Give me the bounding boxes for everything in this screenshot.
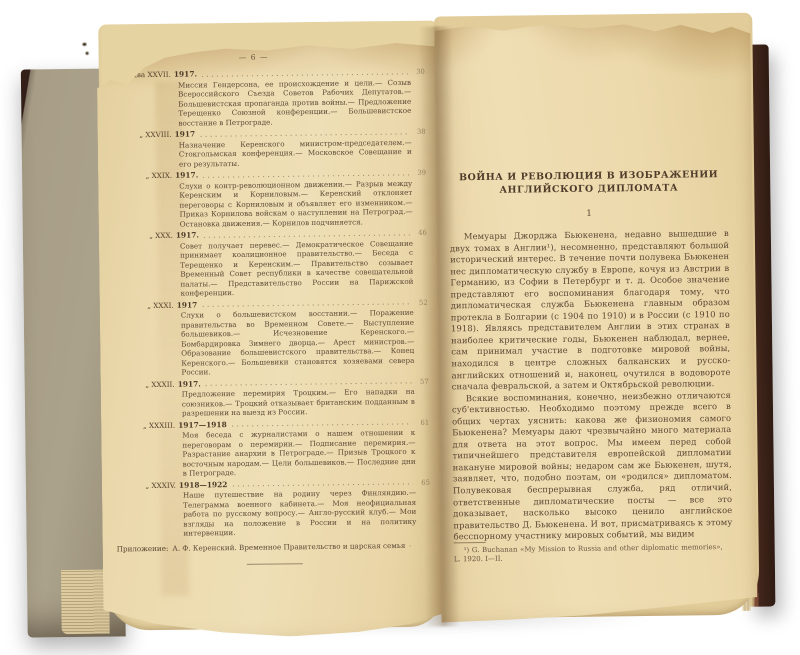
chapter-description: Назначение Керенского министром-председа… bbox=[179, 137, 412, 168]
toc-entry: „ XXX. 1917. 46 Совет получает перевес.—… bbox=[113, 228, 414, 299]
toc-appendix: Приложение: А. Ф. Керенский. Временное П… bbox=[117, 540, 417, 553]
chapter-year: 1917. bbox=[176, 230, 199, 240]
right-page: ВОЙНА И РЕВОЛЮЦИЯ В ИЗОБРАЖЕНИИ АНГЛИЙСК… bbox=[434, 19, 757, 623]
chapter-year: 1917. bbox=[174, 69, 197, 79]
chapter-page-number: 39 bbox=[412, 169, 426, 179]
chapter-year: 1917. bbox=[175, 170, 198, 180]
chapter-page-number: 38 bbox=[412, 128, 426, 138]
chapter-label: „ XXXII. bbox=[115, 379, 175, 389]
chapter-description: Миссия Гендерсона, ее происхождение и це… bbox=[178, 77, 412, 127]
chapter-page-number: 61 bbox=[415, 418, 429, 428]
chapter-year: 1917. bbox=[178, 379, 201, 389]
ink-spot bbox=[86, 52, 89, 55]
footnote: ¹) G. Buchanan «My Mission to Russia and… bbox=[454, 543, 723, 564]
chapter-label: „ XXVIII. bbox=[112, 130, 172, 140]
toc-entry: Глава XXVII. 1917. 30 Миссия Гендерсона,… bbox=[111, 67, 412, 129]
open-book: — 6 — Глава XXVII. 1917. 30 Миссия Генде… bbox=[14, 10, 784, 647]
chapter-description: Наше путешествие на родину через Финлянд… bbox=[183, 488, 417, 538]
toc-entry: „ XXXI. 1917 52 Слухи о большевистском в… bbox=[114, 297, 415, 378]
section-number: 1 bbox=[450, 207, 729, 220]
footnote-block: ¹) G. Buchanan «My Mission to Russia and… bbox=[454, 539, 723, 564]
toc-entry: „ XXIX. 1917. 39 Слухи о контр-революцио… bbox=[112, 168, 413, 230]
ink-spot bbox=[82, 43, 86, 46]
chapter-title: ВОЙНА И РЕВОЛЮЦИЯ В ИЗОБРАЖЕНИИ АНГЛИЙСК… bbox=[449, 169, 728, 197]
chapter-body: ВОЙНА И РЕВОЛЮЦИЯ В ИЗОБРАЖЕНИИ АНГЛИЙСК… bbox=[449, 169, 733, 543]
water-stain-top-left bbox=[434, 21, 542, 96]
photo-background: — 6 — Глава XXVII. 1917. 30 Миссия Генде… bbox=[0, 0, 800, 655]
chapter-description: Слухи о большевистском восстании.— Пораж… bbox=[181, 308, 415, 377]
chapter-label: „ XXXI. bbox=[114, 300, 174, 310]
appendix-label: Приложение: bbox=[117, 543, 169, 553]
toc-entry: „ XXXIV. 1918—1922 65 Наше путешествие н… bbox=[116, 477, 417, 539]
paragraph: Мемуары Джорджа Бьюкенена, недавно вышед… bbox=[450, 228, 731, 393]
chapter-page-number: 52 bbox=[414, 298, 428, 308]
toc-entry: „ XXXIII. 1917—1918 61 Моя беседа с журн… bbox=[115, 417, 416, 479]
chapter-label: „ XXXIII. bbox=[115, 420, 175, 430]
chapter-year: 1917 bbox=[175, 129, 196, 139]
toc-entry: „ XXXII. 1917. 57 Предложение перемирия … bbox=[115, 376, 415, 419]
chapter-page-number: 57 bbox=[415, 377, 429, 387]
toc-end-rule bbox=[247, 563, 303, 565]
dot-leader bbox=[407, 542, 414, 550]
water-stain-top-right bbox=[531, 19, 758, 116]
footnote-rule bbox=[454, 542, 486, 543]
chapter-label: „ XXIX. bbox=[112, 171, 172, 181]
left-page: — 6 — Глава XXVII. 1917. 30 Миссия Генде… bbox=[96, 37, 443, 639]
table-of-contents: Глава XXVII. 1917. 30 Миссия Гендерсона,… bbox=[111, 67, 417, 567]
chapter-description: Моя беседа с журналистами о нашем отноше… bbox=[182, 428, 416, 478]
chapter-page-number: 65 bbox=[416, 478, 430, 488]
appendix-text: А. Ф. Керенский. Временное Правительство… bbox=[172, 540, 405, 552]
chapter-description: Предложение перемирия Троцким.— Его напа… bbox=[182, 387, 415, 418]
chapter-description: Совет получает перевес.— Демократическое… bbox=[180, 238, 414, 298]
chapter-year: 1917—1918 bbox=[178, 420, 227, 430]
chapter-description: Слухи о контр-революционном движении.— Р… bbox=[179, 178, 413, 228]
page-block-edge-bottom-left bbox=[61, 570, 110, 635]
chapter-label: „ XXX. bbox=[113, 231, 173, 241]
chapter-year: 1918—1922 bbox=[179, 480, 228, 490]
chapter-year: 1917 bbox=[177, 300, 198, 310]
paragraph: Всякие воспоминания, конечно, неизбежно … bbox=[452, 390, 733, 544]
chapter-page-number: 46 bbox=[413, 229, 427, 239]
toc-entry: „ XXVIII. 1917 38 Назначение Керенского … bbox=[112, 127, 412, 170]
chapter-page-number: 30 bbox=[411, 68, 425, 78]
chapter-label: „ XXXIV. bbox=[116, 480, 176, 490]
